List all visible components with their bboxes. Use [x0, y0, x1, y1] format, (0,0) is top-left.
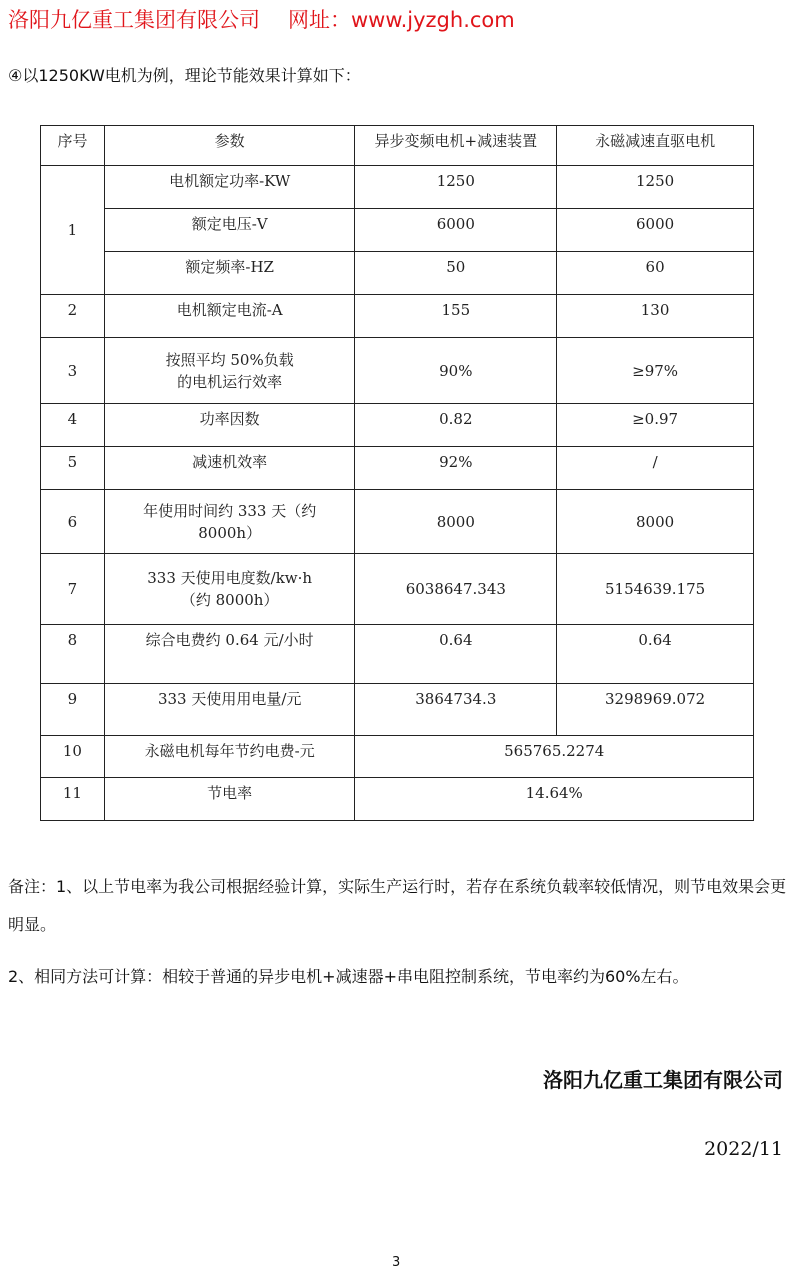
table-row: 9 333 天使用用电量/元 3864734.3 3298969.072	[41, 684, 754, 736]
row-pm-value: ≥0.97	[557, 404, 754, 447]
row-param-line2: 的电机运行效率	[107, 371, 353, 393]
table-row: 1 电机额定功率-KW 1250 1250	[41, 166, 754, 209]
table-row: 6 年使用时间约 333 天（约8000h） 8000 8000	[41, 490, 754, 554]
table-row: 2 电机额定电流-A 155 130	[41, 295, 754, 338]
row-param: 333 天使用用电量/元	[104, 684, 355, 736]
row-no: 8	[41, 625, 105, 684]
row-async-value: 155	[355, 295, 557, 338]
row-param-line1: 按照平均 50%负载	[107, 349, 353, 371]
row-async-value: 0.64	[355, 625, 557, 684]
row-pm-value: 0.64	[557, 625, 754, 684]
row-param: 永磁电机每年节约电费-元	[104, 736, 355, 778]
row-no: 9	[41, 684, 105, 736]
row-async-value: 90%	[355, 338, 557, 404]
row-param: 电机额定功率-KW	[104, 166, 355, 209]
row-param: 电机额定电流-A	[104, 295, 355, 338]
row-pm-value: 1250	[557, 166, 754, 209]
col-header-no: 序号	[41, 126, 105, 166]
row-no: 10	[41, 736, 105, 778]
row-pm-value: 6000	[557, 209, 754, 252]
row-async-value: 6038647.343	[355, 554, 557, 625]
website-label: 网址：www.jyzgh.com	[288, 8, 515, 32]
table-row: 10 永磁电机每年节约电费-元 565765.2274	[41, 736, 754, 778]
row-param: 综合电费约 0.64 元/小时	[104, 625, 355, 684]
page-number: 3	[392, 1255, 400, 1270]
row-merged-value: 14.64%	[355, 778, 754, 821]
row-param: 年使用时间约 333 天（约8000h）	[104, 490, 355, 554]
row-async-value: 50	[355, 252, 557, 295]
row-async-value: 1250	[355, 166, 557, 209]
table-row: 额定频率-HZ 50 60	[41, 252, 754, 295]
row-async-value: 6000	[355, 209, 557, 252]
row-async-value: 8000	[355, 490, 557, 554]
row-param: 减速机效率	[104, 447, 355, 490]
table-row: 5 减速机效率 92% /	[41, 447, 754, 490]
table-row: 11 节电率 14.64%	[41, 778, 754, 821]
energy-saving-table: 序号 参数 异步变频电机+减速装置 永磁减速直驱电机 1 电机额定功率-KW 1…	[40, 125, 754, 821]
note-2: 2、相同方法可计算：相较于普通的异步电机+减速器+串电阻控制系统，节电率约为60…	[8, 958, 788, 996]
row-no: 5	[41, 447, 105, 490]
row-no: 11	[41, 778, 105, 821]
col-header-param: 参数	[104, 126, 355, 166]
row-param: 按照平均 50%负载的电机运行效率	[104, 338, 355, 404]
table-row: 额定电压-V 6000 6000	[41, 209, 754, 252]
note-1: 备注：1、以上节电率为我公司根据经验计算，实际生产运行时，若存在系统负载率较低情…	[8, 868, 788, 944]
row-pm-value: /	[557, 447, 754, 490]
row-param-line2: 8000h）	[107, 522, 353, 544]
row-pm-value: 130	[557, 295, 754, 338]
row-param-line1: 333 天使用电度数/kw·h	[107, 567, 353, 589]
table-row: 4 功率因数 0.82 ≥0.97	[41, 404, 754, 447]
row-no: 7	[41, 554, 105, 625]
row-no: 2	[41, 295, 105, 338]
table-row: 7 333 天使用电度数/kw·h（约 8000h） 6038647.343 5…	[41, 554, 754, 625]
row-param: 额定电压-V	[104, 209, 355, 252]
row-param: 333 天使用电度数/kw·h（约 8000h）	[104, 554, 355, 625]
row-pm-value: 8000	[557, 490, 754, 554]
table-header-row: 序号 参数 异步变频电机+减速装置 永磁减速直驱电机	[41, 126, 754, 166]
document-date: 2022/11	[704, 1138, 783, 1160]
row-param-line1: 年使用时间约 333 天（约	[107, 500, 353, 522]
row-no: 3	[41, 338, 105, 404]
row-param: 功率因数	[104, 404, 355, 447]
row-pm-value: ≥97%	[557, 338, 754, 404]
row-param: 额定频率-HZ	[104, 252, 355, 295]
row-pm-value: 3298969.072	[557, 684, 754, 736]
row-merged-value: 565765.2274	[355, 736, 754, 778]
row-no: 6	[41, 490, 105, 554]
letterhead: 洛阳九亿重工集团有限公司网址：www.jyzgh.com	[8, 4, 515, 34]
company-name: 洛阳九亿重工集团有限公司	[8, 8, 260, 32]
table-row: 8 综合电费约 0.64 元/小时 0.64 0.64	[41, 625, 754, 684]
row-async-value: 3864734.3	[355, 684, 557, 736]
col-header-pm: 永磁减速直驱电机	[557, 126, 754, 166]
row-pm-value: 5154639.175	[557, 554, 754, 625]
row-no: 1	[41, 166, 105, 295]
table-row: 3 按照平均 50%负载的电机运行效率 90% ≥97%	[41, 338, 754, 404]
intro-text: ④以1250KW电机为例，理论节能效果计算如下：	[8, 63, 361, 86]
row-pm-value: 60	[557, 252, 754, 295]
row-async-value: 0.82	[355, 404, 557, 447]
row-param-line2: （约 8000h）	[107, 589, 353, 611]
row-no: 4	[41, 404, 105, 447]
col-header-async: 异步变频电机+减速装置	[355, 126, 557, 166]
row-async-value: 92%	[355, 447, 557, 490]
row-param: 节电率	[104, 778, 355, 821]
company-signature: 洛阳九亿重工集团有限公司	[543, 1064, 783, 1093]
